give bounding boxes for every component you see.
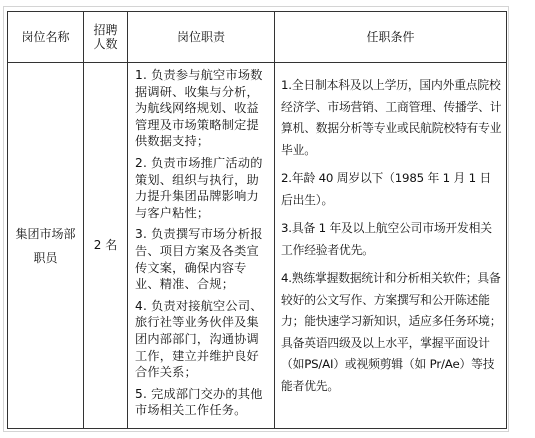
position-name-line-1: 集团市场部 bbox=[8, 222, 83, 246]
duty-item: 2. 负责市场推广活动的策划、组织与执行，助力提升集团品牌影响力与客户粘性； bbox=[135, 155, 268, 221]
header-headcount-line-1: 招聘 bbox=[84, 23, 127, 37]
job-posting-table: 岗位名称 招聘 人数 岗位职责 任职条件 集团市场部 职员 2 名 1. 负责参… bbox=[7, 11, 507, 429]
position-name-cell: 集团市场部 职员 bbox=[8, 63, 84, 429]
requirement-item: 4.熟练掌握数据统计和分析相关软件；具备较好的公文写作、方案撰写和公开陈述能力；… bbox=[281, 268, 502, 397]
header-headcount-line-2: 人数 bbox=[84, 37, 127, 51]
duty-item: 5. 完成部门交办的其他市场相关工作任务。 bbox=[135, 386, 268, 419]
header-position-name: 岗位名称 bbox=[8, 12, 84, 63]
header-duties: 岗位职责 bbox=[128, 12, 275, 63]
position-name-line-2: 职员 bbox=[8, 246, 83, 270]
requirement-item: 3.具备 1 年及以上航空公司市场开发相关工作经验者优先。 bbox=[281, 218, 502, 261]
duty-item: 1. 负责参与航空市场数据调研、收集与分析，为航线网络规划、收益管理及市场策略制… bbox=[135, 67, 268, 150]
table-header-row: 岗位名称 招聘 人数 岗位职责 任职条件 bbox=[8, 12, 507, 63]
duty-item: 3. 负责撰写市场分析报告、项目方案及各类宣传文案，确保内容专业、精准、合规； bbox=[135, 226, 268, 292]
duty-item: 4. 负责对接航空公司、旅行社等业务伙伴及集团内部部门，沟通协调工作，建立并维护… bbox=[135, 298, 268, 381]
headcount-cell: 2 名 bbox=[84, 63, 128, 429]
header-headcount: 招聘 人数 bbox=[84, 12, 128, 63]
header-requirements: 任职条件 bbox=[275, 12, 507, 63]
requirement-item: 2.年龄 40 周岁以下（1985 年 1 月 1 日后出生）。 bbox=[281, 168, 502, 211]
requirements-cell: 1.全日制本科及以上学历，国内外重点院校经济学、市场营销、工商管理、传播学、计算… bbox=[275, 63, 507, 429]
table-row: 集团市场部 职员 2 名 1. 负责参与航空市场数据调研、收集与分析，为航线网络… bbox=[8, 63, 507, 429]
duties-cell: 1. 负责参与航空市场数据调研、收集与分析，为航线网络规划、收益管理及市场策略制… bbox=[128, 63, 275, 429]
requirement-item: 1.全日制本科及以上学历，国内外重点院校经济学、市场营销、工商管理、传播学、计算… bbox=[281, 75, 502, 161]
